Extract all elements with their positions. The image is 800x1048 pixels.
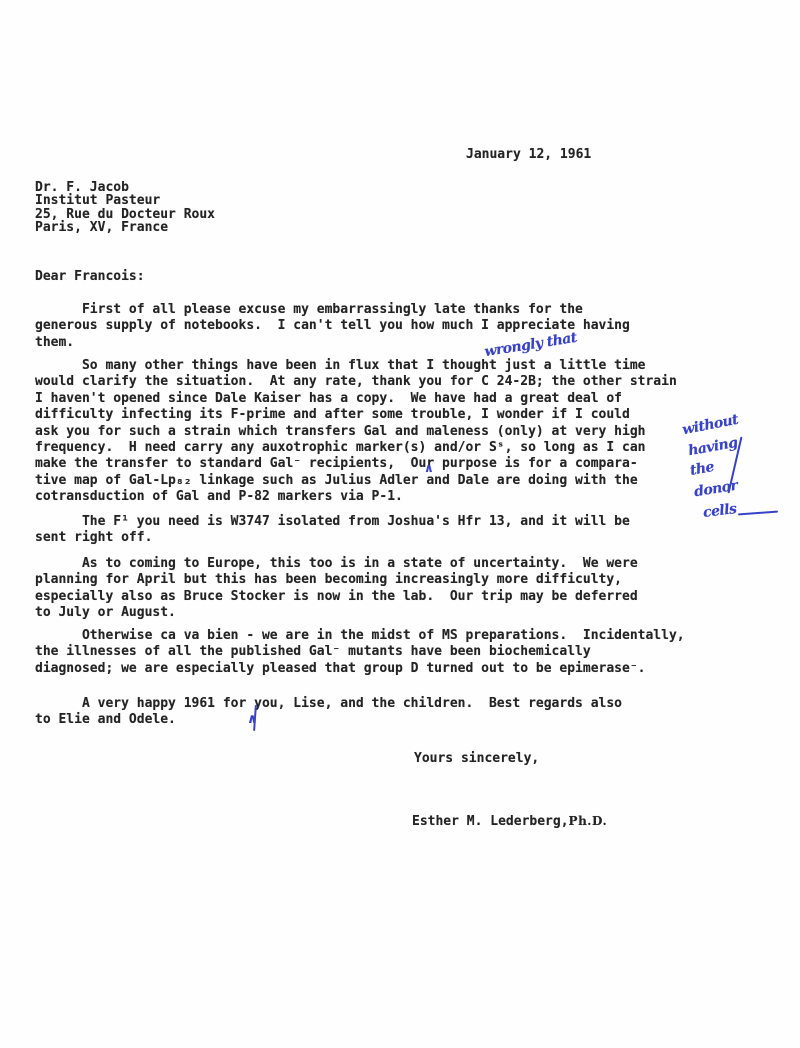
letter-line: the illnesses of all the published Gal⁻ … [35, 644, 685, 660]
margin-note-word: having [687, 435, 739, 459]
signature-title: Ph.D. [569, 814, 608, 828]
letter-line: make the transfer to standard Gal⁻ recip… [35, 456, 677, 472]
letter-line: to Elie and Odele. [35, 712, 622, 728]
letter-line: sent right off. [35, 530, 630, 546]
letter-line: generous supply of notebooks. I can't te… [35, 318, 630, 334]
letter-line: Paris, XV, France [35, 221, 215, 234]
signature-name: Esther M. Lederberg, [412, 814, 569, 829]
paragraph-well-wishes: A very happy 1961 for you, Lise, and the… [35, 696, 622, 729]
letter-line: planning for April but this has been bec… [35, 572, 638, 588]
paragraph-ms-preparations: Otherwise ca va bien - we are in the mid… [35, 628, 685, 677]
margin-note-word: the [689, 459, 715, 479]
letter-line: tive map of Gal-Lp₈₂ linkage such as Jul… [35, 473, 677, 489]
salutation: Dear Francois: [35, 269, 145, 285]
paragraph-europe-trip: As to coming to Europe, this too is in a… [35, 556, 638, 622]
letter-line: A very happy 1961 for you, Lise, and the… [35, 696, 622, 712]
letter-line: I haven't opened since Dale Kaiser has a… [35, 391, 677, 407]
letter-line: 25, Rue du Docteur Roux [35, 208, 215, 221]
recipient-address-block: Dr. F. JacobInstitut Pasteur25, Rue du D… [35, 181, 215, 234]
margin-note-word: without [681, 412, 740, 438]
letter-line: would clarify the situation. At any rate… [35, 374, 677, 390]
letter-line: First of all please excuse my embarrassi… [35, 302, 630, 318]
letter-line: Otherwise ca va bien - we are in the mid… [35, 628, 685, 644]
letter-line: to July or August. [35, 605, 638, 621]
ink-stroke [738, 511, 778, 516]
paragraph-strain-request: So many other things have been in flux t… [35, 358, 677, 506]
insertion-caret-after-recipients: ∧ [424, 461, 434, 475]
signature-line: Esther M. Lederberg,Ph.D. [412, 813, 607, 830]
letter-line: ask you for such a strain which transfer… [35, 424, 677, 440]
letter-page: January 12, 1961 Dr. F. JacobInstitut Pa… [0, 0, 800, 1048]
letter-line: Institut Pasteur [35, 194, 215, 207]
margin-note-word: cells [702, 501, 737, 521]
letter-line: So many other things have been in flux t… [35, 358, 677, 374]
letter-line: As to coming to Europe, this too is in a… [35, 556, 638, 572]
closing-valediction: Yours sincerely, [414, 751, 539, 767]
letter-line: The F¹ you need is W3747 isolated from J… [35, 514, 630, 530]
paragraph-f1-strain: The F¹ you need is W3747 isolated from J… [35, 514, 630, 547]
letter-line: frequency. H need carry any auxotrophic … [35, 440, 677, 456]
letter-date: January 12, 1961 [466, 147, 591, 163]
letter-line: especially also as Bruce Stocker is now … [35, 589, 638, 605]
letter-line: cotransduction of Gal and P-82 markers v… [35, 489, 677, 505]
letter-line: diagnosed; we are especially pleased tha… [35, 661, 685, 677]
letter-line: difficulty infecting its F-prime and aft… [35, 407, 677, 423]
